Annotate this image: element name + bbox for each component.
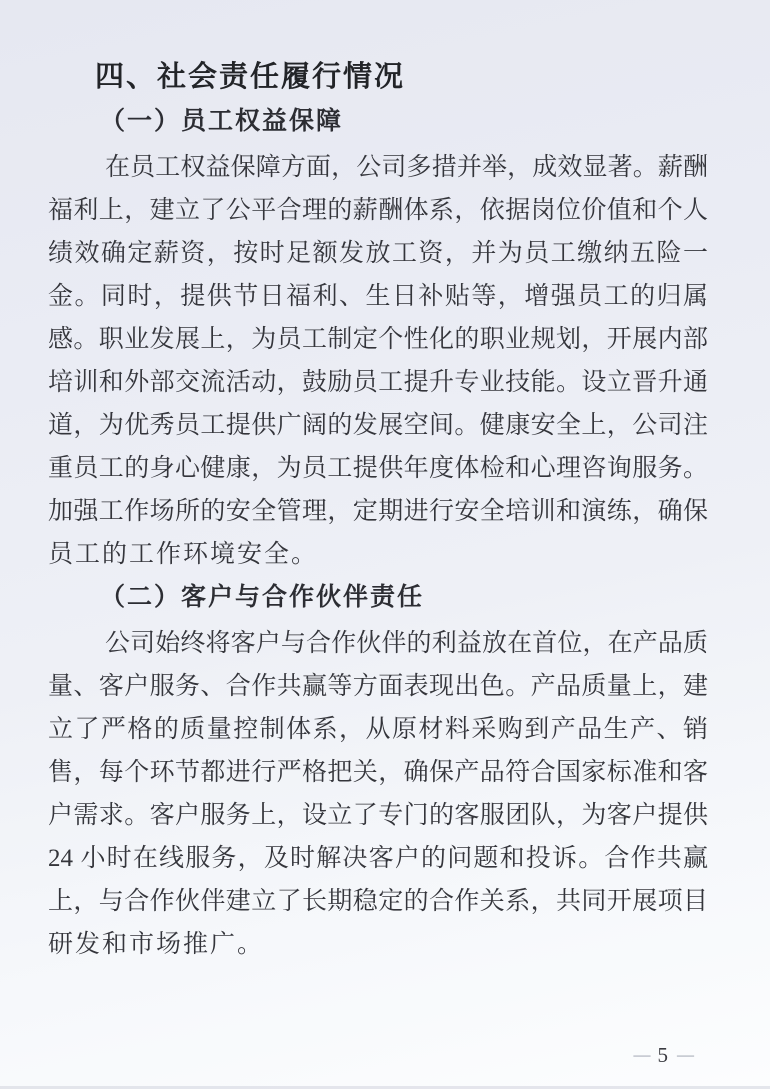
text-line: 培训和外部交流活动，鼓励员工提升专业技能。设立晋升通 <box>48 361 708 404</box>
page-number-dash-left: — <box>634 1042 649 1068</box>
text-line: 员工的工作环境安全。 <box>48 533 708 576</box>
text-line: 量、客户服务、合作共赢等方面表现出色。产品质量上，建 <box>48 665 708 708</box>
subsection-title-customer-partner: （二）客户与合作伙伴责任 <box>100 583 424 613</box>
paragraph-employee-rights: 在员工权益保障方面，公司多措并举，成效显著。薪酬 福利上，建立了公平合理的薪酬体… <box>48 146 708 576</box>
text-line: 售，每个环节都进行严格把关，确保产品符合国家标准和客 <box>48 751 708 794</box>
text-line: 24 小时在线服务，及时解决客户的问题和投诉。合作共赢 <box>48 837 708 880</box>
paragraph-customer-partner: 公司始终将客户与合作伙伴的利益放在首位，在产品质 量、客户服务、合作共赢等方面表… <box>48 622 708 966</box>
text-line: 道，为优秀员工提供广阔的发展空间。健康安全上，公司注 <box>48 404 708 447</box>
document-page: 四、社会责任履行情况 （一）员工权益保障 在员工权益保障方面，公司多措并举，成效… <box>0 0 770 1089</box>
subsection-title-employee-rights: （一）员工权益保障 <box>100 107 343 137</box>
text-line: 感。职业发展上，为员工制定个性化的职业规划，开展内部 <box>48 318 708 361</box>
text-line: 绩效确定薪资，按时足额发放工资，并为员工缴纳五险一 <box>48 232 708 275</box>
text-line: 金。同时，提供节日福利、生日补贴等，增强员工的归属 <box>48 275 708 318</box>
text-line: 户需求。客户服务上，设立了专门的客服团队，为客户提供 <box>48 794 708 837</box>
page-number: — 5 — <box>634 1042 693 1068</box>
page-number-value: 5 <box>658 1042 669 1068</box>
text-line: 加强工作场所的安全管理，定期进行安全培训和演练，确保 <box>48 490 708 533</box>
page-number-dash-right: — <box>677 1042 692 1068</box>
text-line: 上，与合作伙伴建立了长期稳定的合作关系，共同开展项目 <box>48 880 708 923</box>
text-line: 立了严格的质量控制体系，从原材料采购到产品生产、销 <box>48 708 708 751</box>
text-line: 公司始终将客户与合作伙伴的利益放在首位，在产品质 <box>48 622 708 665</box>
text-line: 在员工权益保障方面，公司多措并举，成效显著。薪酬 <box>48 146 708 189</box>
text-line: 研发和市场推广。 <box>48 923 708 966</box>
text-line: 重员工的身心健康，为员工提供年度体检和心理咨询服务。 <box>48 447 708 490</box>
text-line: 福利上，建立了公平合理的薪酬体系，依据岗位价值和个人 <box>48 189 708 232</box>
section-heading: 四、社会责任履行情况 <box>95 60 405 94</box>
